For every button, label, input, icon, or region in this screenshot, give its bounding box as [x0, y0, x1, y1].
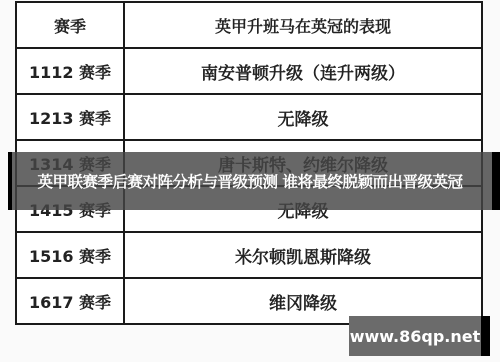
- season-cell: 1516 赛季: [16, 232, 124, 278]
- season-cell: 1617 赛季: [16, 278, 124, 324]
- performance-cell: 南安普顿升级（连升两级）: [124, 48, 482, 94]
- table-row: 1213 赛季 无降级: [16, 94, 482, 140]
- banner-title: 英甲联赛季后赛对阵分析与晋级预测 谁将最终脱颖而出晋级英冠: [38, 170, 463, 192]
- table-row: 1516 赛季 米尔顿凯恩斯降级: [16, 232, 482, 278]
- watermark-edge: [481, 316, 490, 356]
- title-banner: 英甲联赛季后赛对阵分析与晋级预测 谁将最终脱颖而出晋级英冠: [8, 152, 492, 210]
- header-season: 赛季: [16, 2, 124, 48]
- banner-edge: [492, 152, 500, 210]
- performance-cell: 无降级: [124, 94, 482, 140]
- performance-cell: 米尔顿凯恩斯降级: [124, 232, 482, 278]
- table-header-row: 赛季 英甲升班马在英冠的表现: [16, 2, 482, 48]
- season-cell: 1112 赛季: [16, 48, 124, 94]
- watermark: www.86qp.net: [349, 316, 481, 356]
- banner-edge: [8, 152, 12, 210]
- header-performance: 英甲升班马在英冠的表现: [124, 2, 482, 48]
- season-cell: 1213 赛季: [16, 94, 124, 140]
- table-row: 1112 赛季 南安普顿升级（连升两级）: [16, 48, 482, 94]
- watermark-text: www.86qp.net: [350, 327, 481, 346]
